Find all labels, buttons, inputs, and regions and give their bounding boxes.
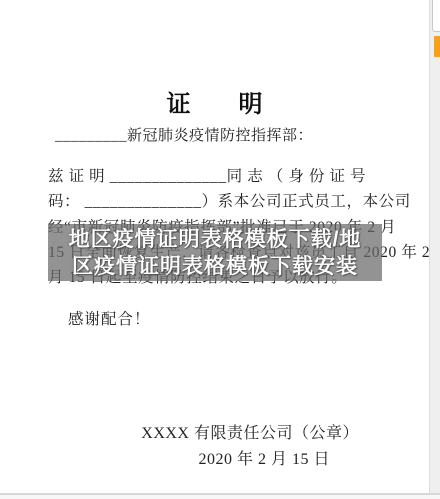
side-toolbar-orange-button[interactable] [434,36,440,57]
thanks-line: 感谢配合！ [68,307,151,329]
salutation-line: _________新冠肺炎疫情防控指挥部： [55,124,313,145]
watermark-banner-line-2: 区疫情证明表格模板下载安装 [72,253,358,280]
document-title: 证 明 [0,84,429,119]
side-panel-card-partial[interactable] [432,0,440,32]
company-signature: XXXX 有限责任公司（公章） [0,420,429,443]
paragraph-line-1: 兹 证 明 ______________同 志 （ 身 份 证 号 [48,164,384,189]
certificate-document-page: 证 明 _________新冠肺炎疫情防控指挥部： 兹 证 明 ________… [0,0,429,493]
viewer-bottom-background [0,495,440,499]
watermark-banner-line-1: 地区疫情证明表格模板下载/地 [69,226,362,253]
watermark-download-banner: 地区疫情证明表格模板下载/地 区疫情证明表格模板下载安装 [48,224,382,281]
signature-date: 2020 年 2 月 15 日 [0,446,429,469]
viewer-right-edge-strip [429,0,440,499]
paragraph-line-2: 码： ______________）系本公司正式员工，本公司 [48,189,384,214]
